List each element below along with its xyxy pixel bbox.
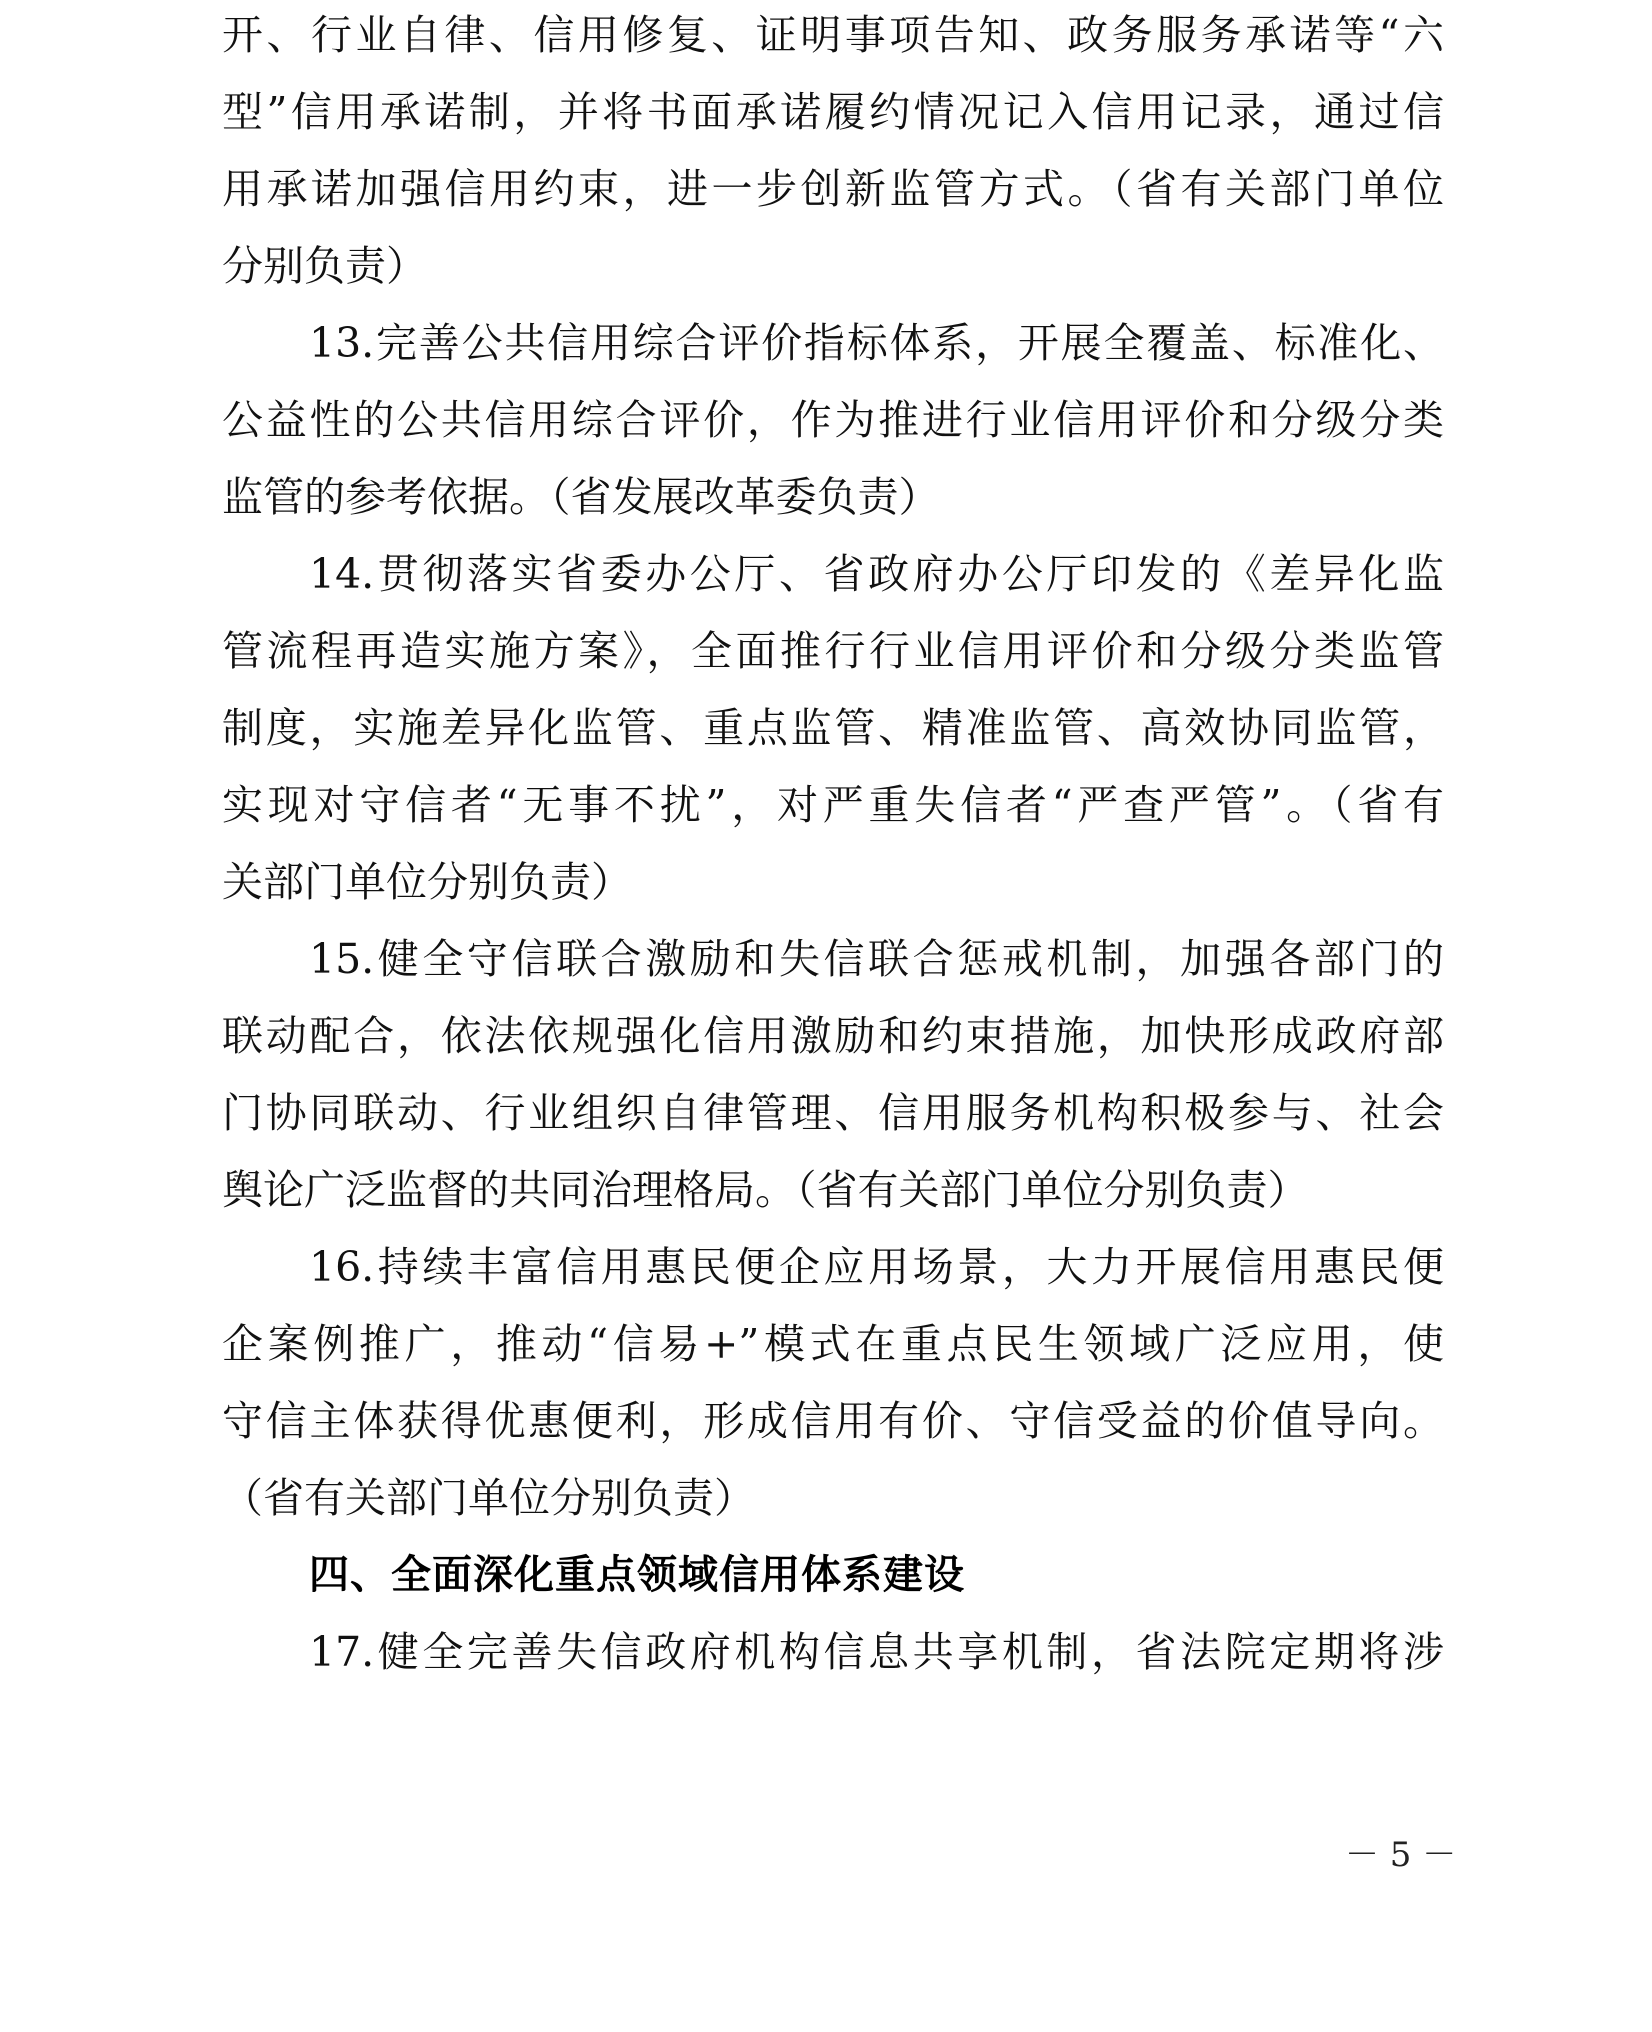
paragraph-line: 管流程再造实施方案》，全面推行行业信用评价和分级分类监管	[222, 621, 1444, 681]
paragraph-line: 联动配合，依法依规强化信用激励和约束措施，加快形成政府部	[222, 1006, 1444, 1066]
paragraph-17-first-line: 17.健全完善失信政府机构信息共享机制，省法院定期将涉	[309, 1622, 1444, 1682]
paragraph-line: 关部门单位分别负责）	[222, 852, 1444, 912]
paragraph-line: 公益性的公共信用综合评价，作为推进行业信用评价和分级分类	[222, 390, 1444, 450]
paragraph-line: 制度，实施差异化监管、重点监管、精准监管、高效协同监管，	[222, 698, 1444, 758]
paragraph-line: 守信主体获得优惠便利，形成信用有价、守信受益的价值导向。	[222, 1391, 1444, 1451]
document-page: 开、行业自律、信用修复、证明事项告知、政务服务承诺等“六 型”信用承诺制，并将书…	[0, 0, 1652, 2032]
paragraph-line: 监管的参考依据。（省发展改革委负责）	[222, 467, 1444, 527]
paragraph-line: 企案例推广，推动“信易+”模式在重点民生领域广泛应用，使	[222, 1314, 1444, 1374]
paragraph-line: 分别负责）	[222, 236, 1444, 296]
paragraph-13-first-line: 13.完善公共信用综合评价指标体系，开展全覆盖、标准化、	[309, 313, 1444, 373]
paragraph-16-first-line: 16.持续丰富信用惠民便企应用场景，大力开展信用惠民便	[309, 1237, 1444, 1297]
paragraph-14-first-line: 14.贯彻落实省委办公厅、省政府办公厅印发的《差异化监	[309, 544, 1444, 604]
paragraph-line: 实现对守信者“无事不扰”，对严重失信者“严查严管”。（省有	[222, 775, 1444, 835]
paragraph-line: 舆论广泛监督的共同治理格局。（省有关部门单位分别负责）	[222, 1160, 1444, 1220]
paragraph-line: 开、行业自律、信用修复、证明事项告知、政务服务承诺等“六	[222, 5, 1444, 65]
section-heading: 四、全面深化重点领域信用体系建设	[309, 1545, 965, 1605]
paragraph-15-first-line: 15.健全守信联合激励和失信联合惩戒机制，加强各部门的	[309, 929, 1444, 989]
paragraph-line: 型”信用承诺制，并将书面承诺履约情况记入信用记录，通过信	[222, 82, 1444, 142]
paragraph-line: 门协同联动、行业组织自律管理、信用服务机构积极参与、社会	[222, 1083, 1444, 1143]
page-number: － 5 －	[1345, 1830, 1455, 1880]
paragraph-line: （省有关部门单位分别负责）	[222, 1468, 1444, 1528]
paragraph-line: 用承诺加强信用约束，进一步创新监管方式。（省有关部门单位	[222, 159, 1444, 219]
